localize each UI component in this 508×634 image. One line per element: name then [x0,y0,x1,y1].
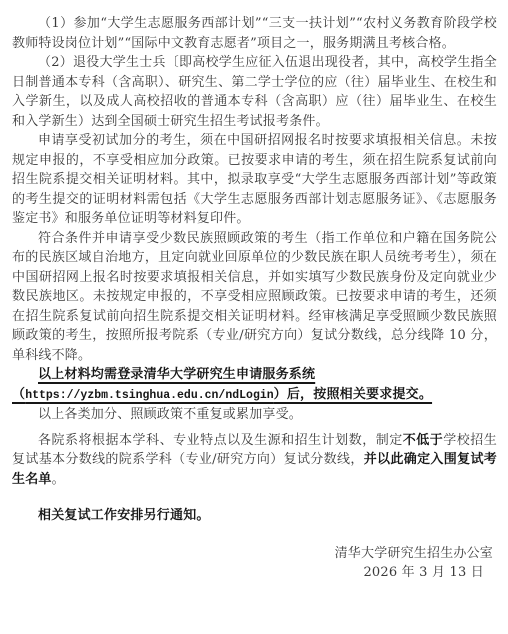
para-submit-notice: 以上材料均需登录清华大学研究生申请服务系统（https://yzbm.tsing… [12,365,497,405]
submit-notice-line1: 以上材料均需登录清华大学研究生申请服务系统 [38,367,315,382]
score-line-run3: 。 [52,472,65,487]
date-line: 2026 年 3 月 13 日 [12,563,497,583]
para-followup-notice: 相关复试工作安排另行通知。 [12,506,497,526]
url-open-paren: （ [12,387,25,402]
para-item-2-veteran: （2）退役大学生士兵〔即高校学生应征入伍退出现役者，其中，高校学生指全日制普通本… [12,53,497,131]
para-minority-policy: 符合条件并申请享受少数民族照顾政策的考生（指工作单位和户籍在国务院公布的民族区域… [12,229,497,366]
application-system-url-link[interactable]: https://yzbm.tsinghua.edu.cn/ndLogin [25,389,273,402]
para-item-1-west-plan: （1）参加“大学生志愿服务西部计划”“三支一扶计划”“农村义务教育阶段学校教师特… [12,14,497,53]
notice-document-page: （1）参加“大学生志愿服务西部计划”“三支一扶计划”“农村义务教育阶段学校教师特… [0,0,508,634]
submit-notice-line2-suffix: ）后，按照相关要求提交。 [274,387,432,402]
score-line-run1: 各院系将根据本学科、专业特点以及生源和招生计划数，制定 [38,433,403,448]
signature-line: 清华大学研究生招生办公室 [12,544,497,564]
para-retest-score-line: 各院系将根据本学科、专业特点以及生源和招生计划数，制定不低于学校招生复试基本分数… [12,431,497,490]
para-bonus-application: 申请享受初试加分的考生，须在中国研招网报名时按要求填报相关信息。未按规定申报的，… [12,131,497,229]
para-no-accumulation: 以上各类加分、照顾政策不重复或累加享受。 [12,405,497,425]
score-line-bold-not-lower: 不低于 [403,433,444,448]
